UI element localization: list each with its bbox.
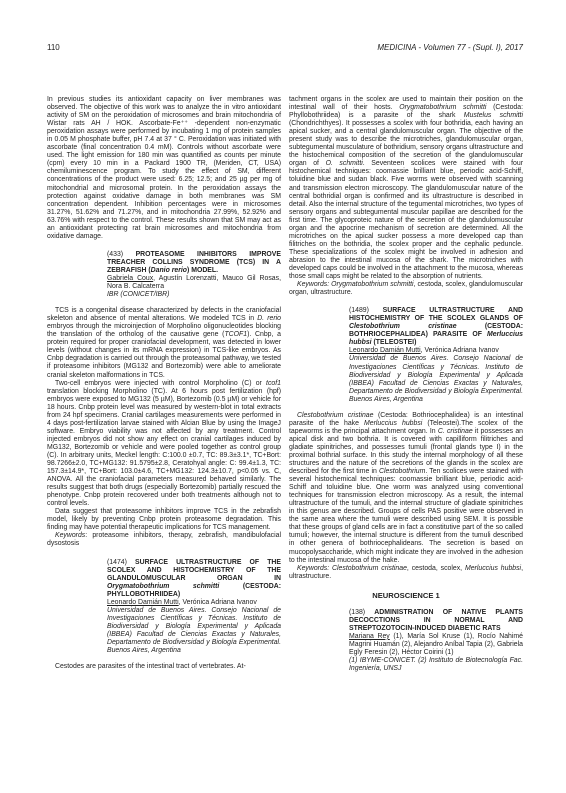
abstract-433-title: (433) PROTEASOME INHIBITORS IMPROVE TREA… [107, 251, 281, 275]
abstract-1489-heading: (1489) SURFACE ULTRASTRUCTURE AND HISTOC… [289, 307, 523, 404]
abstract-433-affiliation: IBR (CONICET/IBR) [107, 291, 281, 299]
presenting-author: Gabriela Coux [107, 275, 153, 282]
species-name: Orygmatobothrium schmitti [399, 104, 486, 111]
abstract-1489-paragraph-1: Clestobothrium cristinae (Cestoda: Bothr… [289, 412, 523, 565]
presenting-author: Leonardo Damián Mutti [107, 599, 179, 606]
left-column: In previous studies its antioxidant capa… [47, 96, 281, 673]
species-name: O. schmitti [326, 160, 363, 167]
genus-name: Clestobothrium [379, 468, 425, 475]
species-name: Clestobothrium cristinae [349, 323, 457, 330]
abstract-number: (1474) [107, 559, 135, 566]
text-run: ). Cnbp, a protein required for proper c… [47, 331, 281, 378]
abstract-number: (433) [107, 251, 136, 258]
abstract-1474-affiliation: Universidad de Buenos Aires. Consejo Nac… [107, 607, 281, 655]
species-name: Merluccius hubbsi [364, 420, 422, 427]
title-text: ) MODEL. [187, 267, 218, 274]
species-name: C. cristinae [438, 428, 473, 435]
gene-name: TCOF1 [224, 331, 247, 338]
abstract-1489-keywords: Keywords: Clestobothrium cristinae, cest… [289, 565, 523, 581]
abstract-433-paragraph-3: Data suggest that proteasome inhibitors … [47, 508, 281, 532]
abstract-number: (1489) [349, 307, 383, 314]
abstract-1474-paragraph-continued: tachment organs in the scolex are used t… [289, 96, 523, 281]
abstract-1489-affiliation: Universidad de Buenos Aires. Consejo Nac… [349, 355, 523, 403]
text-run: TCS is a congenital disease characterize… [47, 307, 281, 322]
other-authors: , Verónica Adriana Ivanov [179, 599, 257, 606]
abstract-433-paragraph-1: TCS is a congenital disease characterize… [47, 307, 281, 379]
abstract-138-authors: Mariana Rey (1), María Sol Kruse (1), Ro… [349, 633, 523, 657]
right-column: tachment organs in the scolex are used t… [289, 96, 523, 673]
abstract-1489-title: (1489) SURFACE ULTRASTRUCTURE AND HISTOC… [349, 307, 523, 347]
gene-name: tcof1 [266, 380, 281, 387]
presenting-author: Leonardo Damián Mutti [349, 347, 421, 354]
section-heading-neuroscience-1: NEUROSCIENCE 1 [289, 592, 523, 600]
text-run: translation blocking Morpholino (TC). At… [47, 388, 281, 508]
species-name: Danio rerio [151, 267, 187, 274]
abstract-1474-title: (1474) SURFACE ULTRASTRUCTURE OF THE SCO… [107, 559, 281, 599]
other-authors: , Verónica Adriana Ivanov [421, 347, 499, 354]
abstract-433-keywords: Keywords: proteasome inhibitors, therapy… [47, 532, 281, 548]
presenting-author: Mariana Rey [349, 633, 390, 640]
journal-title: MEDICINA - Volumen 77 - (Supl. I), 2017 [377, 43, 523, 52]
keywords-list: , cestoda, scolex, [407, 565, 465, 572]
abstract-1474-keywords: Keywords: Orygmatobothrium schmitti, ces… [289, 281, 523, 297]
page-number: 110 [47, 43, 60, 52]
content-columns: In previous studies its antioxidant capa… [47, 96, 523, 673]
abstract-138-affiliation: (1) IBYME-CONICET. (2) Instituto de Biot… [349, 657, 523, 673]
abstract-1474-heading: (1474) SURFACE ULTRASTRUCTURE OF THE SCO… [47, 559, 281, 656]
text-run: Two-cell embryos were injected with cont… [55, 380, 266, 387]
abstract-1474-paragraph-start: Cestodes are parasites of the intestinal… [47, 663, 281, 671]
abstract-138-heading: (138) ADMINISTRATION OF NATIVE PLANTS DE… [289, 609, 523, 673]
journal-page: 110 MEDICINA - Volumen 77 - (Supl. I), 2… [0, 0, 566, 793]
keywords-label: Keywords: Clestobothrium cristinae [297, 565, 407, 572]
text-run: . Seventeen scolices were stained with f… [289, 160, 523, 280]
abstract-433-authors: Gabriela Coux, Agustín Lorenzatti, Mauco… [107, 275, 281, 291]
text-run: . Ten scolices were stained with several… [289, 468, 523, 564]
abstract-433-heading: (433) PROTEASOME INHIBITORS IMPROVE TREA… [47, 251, 281, 299]
continuation-paragraph: In previous studies its antioxidant capa… [47, 96, 281, 241]
species-name: D. rerio [257, 315, 281, 322]
species-name: Merluccius hubbsi [465, 565, 521, 572]
species-name: Mustelus schmitti [464, 112, 523, 119]
species-name: Orygmatobothrium schmitti [107, 583, 219, 590]
abstract-1474-authors: Leonardo Damián Mutti, Verónica Adriana … [107, 599, 281, 607]
species-name: Clestobothrium cristinae [297, 412, 373, 419]
abstract-number: (138) [349, 609, 374, 616]
page-header: 110 MEDICINA - Volumen 77 - (Supl. I), 2… [47, 43, 523, 52]
abstract-433-paragraph-2: Two-cell embryos were injected with cont… [47, 380, 281, 509]
abstract-138-title: (138) ADMINISTRATION OF NATIVE PLANTS DE… [349, 609, 523, 633]
abstract-1489-authors: Leonardo Damián Mutti, Verónica Adriana … [349, 347, 523, 355]
keywords-label: Keywords: Orygmatobothrium schmitti [297, 281, 414, 288]
title-text: ADMINISTRATION OF NATIVE PLANTS DECOCCTI… [349, 609, 523, 632]
keywords-label: Keywords [55, 532, 85, 539]
title-text: (TELEOSTEI) [372, 339, 417, 346]
